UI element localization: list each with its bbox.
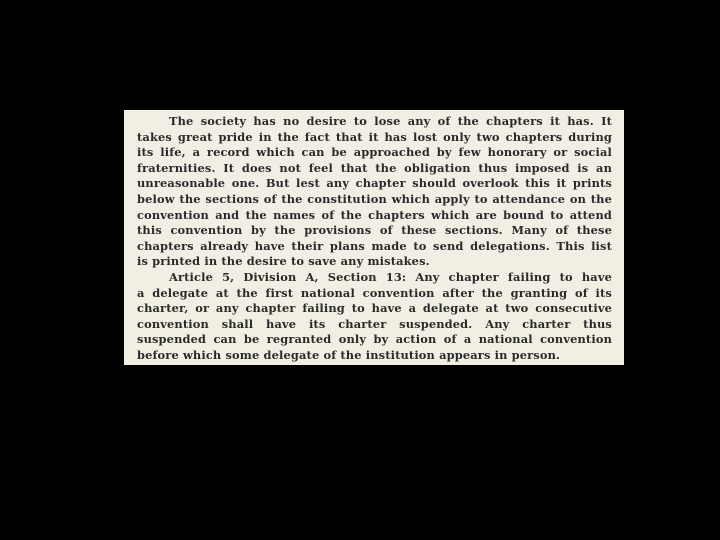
text-line: charter, or any chapter failing to have …	[137, 301, 612, 317]
text-line: chapters already have their plans made t…	[137, 239, 612, 255]
text-line: before which some delegate of the instit…	[137, 348, 612, 364]
text-line: suspended can be regranted only by actio…	[137, 332, 612, 348]
text-line: below the sections of the constitution w…	[137, 192, 612, 208]
text-line: takes great pride in the fact that it ha…	[137, 130, 612, 146]
text-line: its life, a record which can be approach…	[137, 145, 612, 161]
text-line: convention and the names of the chapters…	[137, 208, 612, 224]
text-line: unreasonable one. But lest any chapter s…	[137, 176, 612, 192]
text-line: convention shall have its charter suspen…	[137, 317, 612, 333]
text-line: this convention by the provisions of the…	[137, 223, 612, 239]
text-line: Article 5, Division A, Section 13: Any c…	[137, 270, 612, 286]
paragraph-article-5: Article 5, Division A, Section 13: Any c…	[137, 270, 612, 364]
text-line: a delegate at the first national convent…	[137, 286, 612, 302]
paragraph-society-intro: The society has no desire to lose any of…	[137, 114, 612, 270]
text-line: is printed in the desire to save any mis…	[137, 254, 612, 270]
document-page: The society has no desire to lose any of…	[124, 110, 624, 365]
text-line: The society has no desire to lose any of…	[137, 114, 612, 130]
text-line: fraternities. It does not feel that the …	[137, 161, 612, 177]
